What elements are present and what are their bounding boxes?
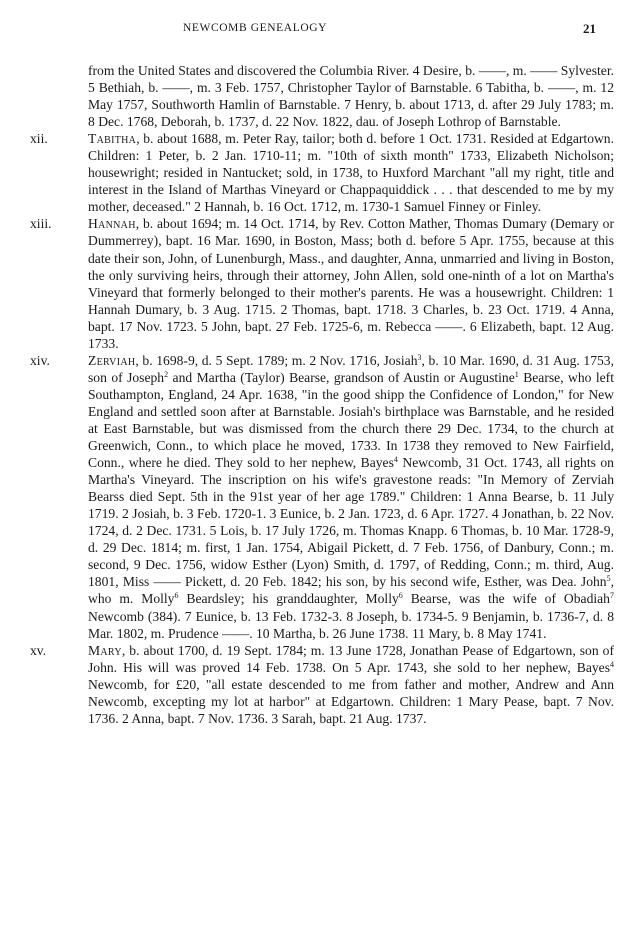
running-title: NEWCOMB GENEALOGY: [183, 22, 327, 34]
entry-body: , b. about 1688, m. Peter Ray, tailor; b…: [88, 131, 614, 214]
entry-body: Beardsley; his granddaughter, Molly: [178, 591, 398, 606]
entry-name: Zerviah: [88, 353, 135, 368]
entry-name: Tabitha: [88, 131, 136, 146]
entry-numeral: xv.: [30, 642, 46, 659]
entry-zerviah: xiv. Zerviah, b. 1698-9, d. 5 Sept. 1789…: [0, 352, 614, 642]
entry-body: Newcomb, 31 Oct. 1743, all rights on Mar…: [88, 455, 614, 589]
entry-text: Hannah, b. about 1694; m. 14 Oct. 1714, …: [88, 215, 614, 351]
entry-mary: xv. Mary, b. about 1700, d. 19 Sept. 178…: [0, 642, 614, 727]
page-number: 21: [583, 21, 596, 37]
page-header: NEWCOMB GENEALOGY 21: [0, 22, 640, 42]
entry-text: Mary, b. about 1700, d. 19 Sept. 1784; m…: [88, 642, 614, 727]
entry-body: Newcomb, for £20, "all estate descended …: [88, 677, 614, 726]
continuation-paragraph: from the United States and discovered th…: [88, 62, 614, 130]
entry-numeral: xiii.: [30, 215, 52, 232]
entry-body: , b. about 1700, d. 19 Sept. 1784; m. 13…: [88, 643, 614, 675]
entry-hannah: xiii. Hannah, b. about 1694; m. 14 Oct. …: [0, 215, 614, 351]
page-body: from the United States and discovered th…: [0, 62, 640, 727]
entry-text: Zerviah, b. 1698-9, d. 5 Sept. 1789; m. …: [88, 352, 614, 642]
entry-body: Newcomb (384). 7 Eunice, b. 13 Feb. 1732…: [88, 609, 614, 641]
entry-name: Hannah: [88, 216, 136, 231]
entry-body: , b. 1698-9, d. 5 Sept. 1789; m. 2 Nov. …: [135, 353, 417, 368]
generation-superscript: 7: [610, 591, 614, 600]
entry-tabitha: xii. Tabitha, b. about 1688, m. Peter Ra…: [0, 130, 614, 215]
entry-body: Bearse, was the wife of Obadiah: [403, 591, 610, 606]
entry-numeral: xii.: [30, 130, 48, 147]
entry-text: Tabitha, b. about 1688, m. Peter Ray, ta…: [88, 130, 614, 215]
entry-body: , b. about 1694; m. 14 Oct. 1714, by Rev…: [88, 216, 614, 350]
entry-body: and Martha (Taylor) Bearse, grandson of …: [168, 370, 515, 385]
entry-name: Mary: [88, 643, 122, 658]
generation-superscript: 4: [610, 660, 614, 669]
entry-numeral: xiv.: [30, 352, 50, 369]
